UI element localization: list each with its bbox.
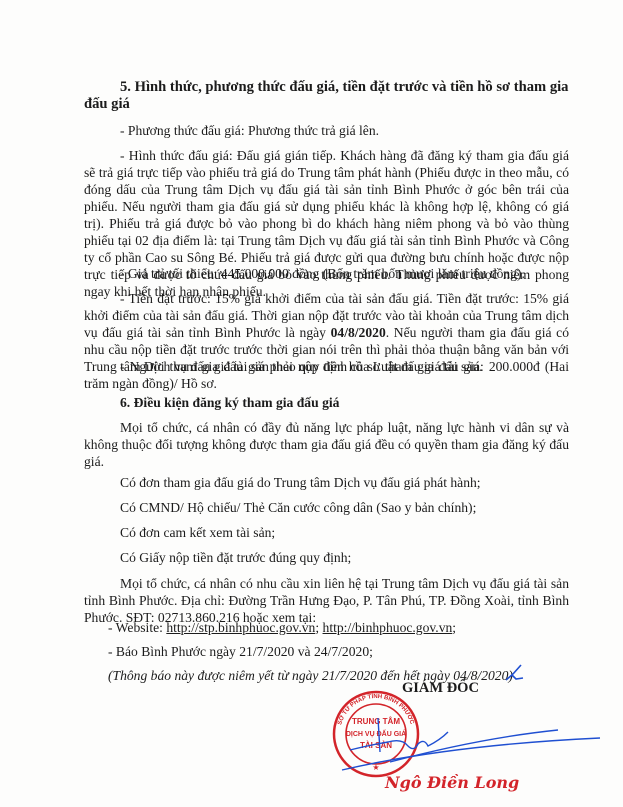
- website-link-binhphuoc[interactable]: http://binhphuoc.gov.vn: [323, 620, 453, 635]
- website-end: ;: [452, 620, 456, 635]
- section5-heading-line2: đấu giá: [48, 96, 130, 113]
- requirement-item: Có đơn tham gia đấu giá do Trung tâm Dịc…: [84, 474, 569, 491]
- website-line: - Website: http://stp.binhphuoc.gov.vn; …: [84, 619, 569, 636]
- deposit-date: 04/8/2020: [331, 325, 386, 340]
- section6-intro: Mọi tổ chức, cá nhân có đầy đủ năng lực …: [84, 419, 569, 470]
- file-fee: - Người tham gia đấu giá phải nộp tiền h…: [84, 358, 569, 392]
- section6-heading: 6. Điều kiện đăng ký tham gia đấu giá: [84, 394, 569, 411]
- auction-method: - Phương thức đấu giá: Phương thức trả g…: [84, 122, 569, 139]
- svg-text:TRUNG TÂM: TRUNG TÂM: [352, 717, 400, 726]
- requirement-item: Có Giấy nộp tiền đặt trước đúng quy định…: [84, 549, 569, 566]
- signer-name: Ngô Điền Long: [385, 773, 519, 792]
- website-link-stp[interactable]: http://stp.binhphuoc.gov.vn: [166, 620, 315, 635]
- svg-text:★: ★: [372, 763, 379, 772]
- svg-text:DỊCH VỤ ĐẤU GIÁ: DỊCH VỤ ĐẤU GIÁ: [346, 728, 406, 738]
- handwritten-tick-icon: [503, 662, 525, 684]
- min-price: - Giá trả tối thiểu: 445.000.000 đồng (B…: [84, 265, 569, 282]
- requirement-item: Có CMND/ Hộ chiếu/ Thẻ Căn cước công dân…: [84, 499, 569, 516]
- website-label: - Website:: [108, 620, 166, 635]
- requirement-item: Có đơn cam kết xem tài sản;: [84, 524, 569, 541]
- section5-heading-line1: 5. Hình thức, phương thức đấu giá, tiền …: [120, 79, 568, 95]
- website-separator: ;: [315, 620, 322, 635]
- newspaper-line: - Báo Bình Phước ngày 21/7/2020 và 24/7/…: [84, 643, 569, 660]
- section5-heading: 5. Hình thức, phương thức đấu giá, tiền …: [84, 79, 569, 113]
- notice-period: (Thông báo này được niêm yết từ ngày 21/…: [84, 667, 569, 684]
